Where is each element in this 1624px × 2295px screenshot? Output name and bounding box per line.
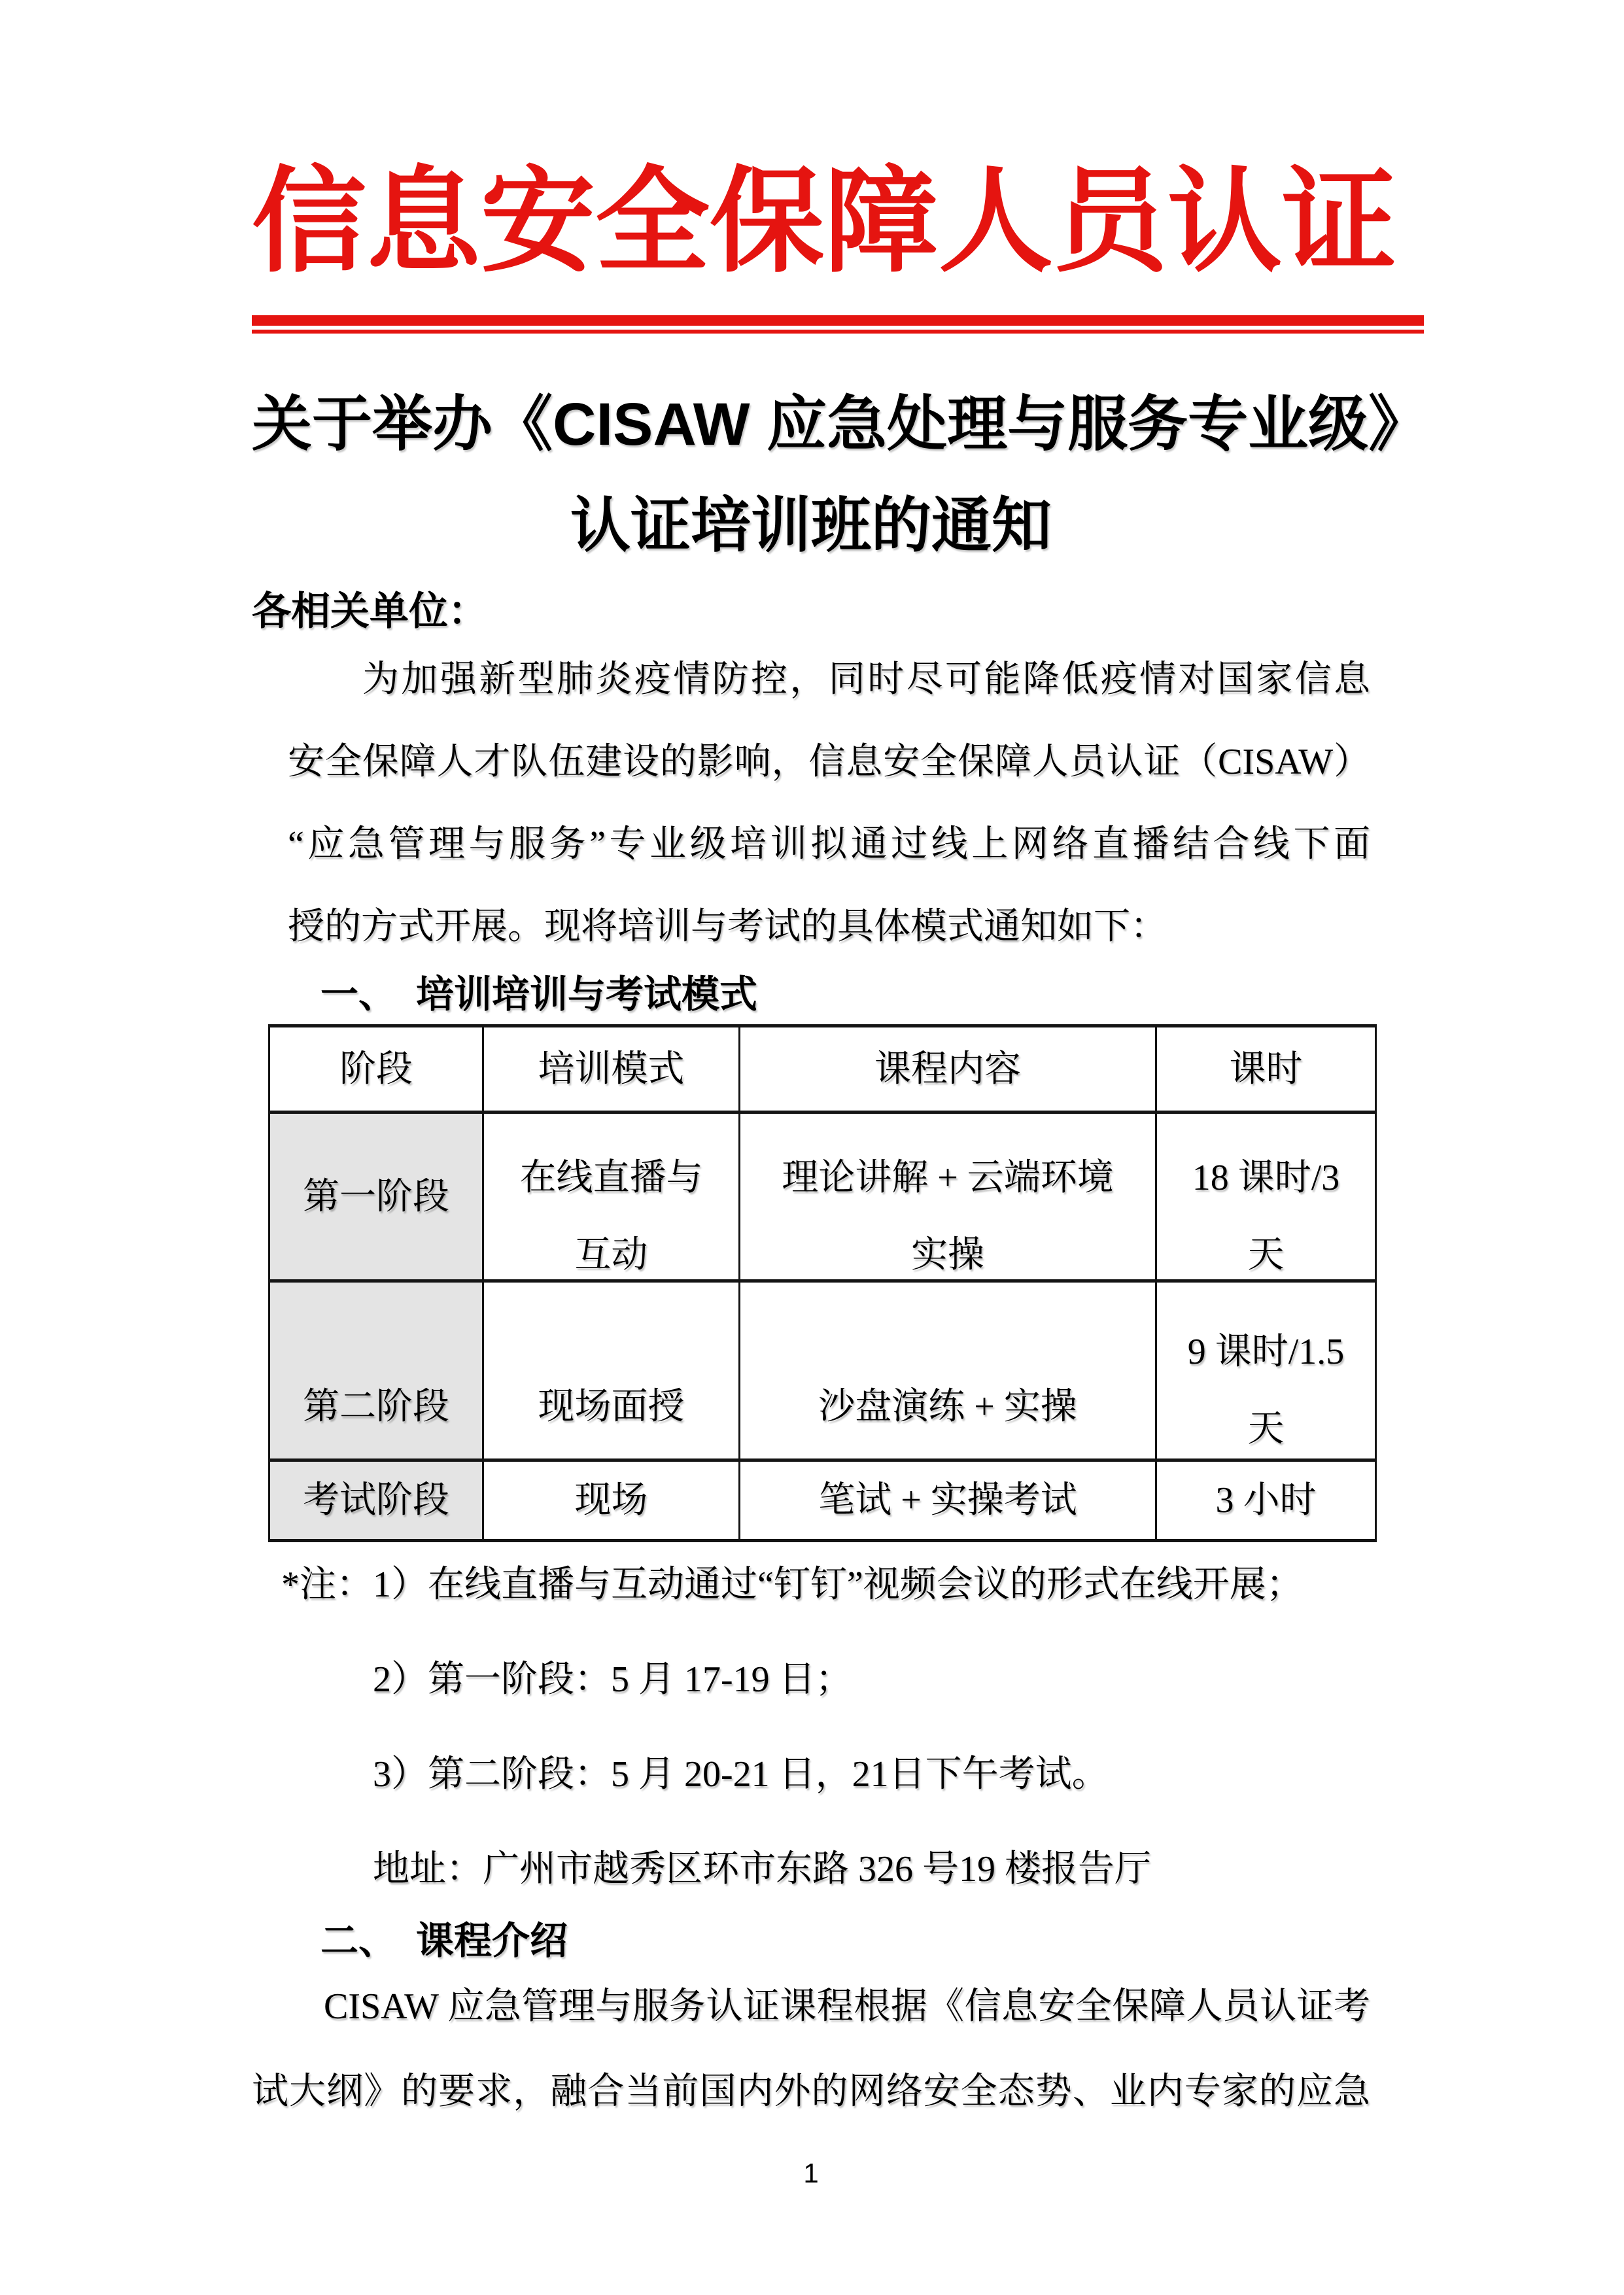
- content-cell: 沙盘演练 + 实操: [740, 1281, 1156, 1460]
- note-line-3: 3）第二阶段：5 月 20-21 日，21日下午考试。: [373, 1751, 1370, 1797]
- doc-heading-line2: 认证培训班的通知: [252, 475, 1370, 577]
- course-intro-line-2: 试大纲》的要求，融合当前国内外的网络安全态势、业内专家的应急: [252, 2049, 1370, 2134]
- intro-line-3: “应急管理与服务”专业级培训拟通过线上网络直播结合线下面: [288, 803, 1370, 886]
- hours-cell: 9 课时/1.5 天: [1156, 1281, 1376, 1460]
- table-row-exam: 考试阶段 现场 笔试 + 实操考试 3 小时: [269, 1460, 1376, 1541]
- red-rule-thin: [252, 330, 1424, 334]
- section-1-title: 培训培训与考试模式: [416, 973, 757, 1016]
- section-2-title: 课程介绍: [416, 1920, 568, 1962]
- red-rule-thick: [252, 315, 1424, 326]
- section-2-heading: 二、课程介绍: [320, 1918, 1370, 1964]
- mode-text: 在线直播与 互动: [520, 1139, 703, 1281]
- mode-text: 现场: [575, 1462, 648, 1539]
- stage-cell: 第一阶段: [269, 1113, 483, 1281]
- stage-text: 考试阶段: [303, 1462, 449, 1539]
- hours-cell: 3 小时: [1156, 1460, 1376, 1541]
- content-cell: 笔试 + 实操考试: [740, 1460, 1156, 1541]
- col-header-stage: 阶段: [269, 1026, 483, 1113]
- note-line-4: 地址：广州市越秀区环市东路 326 号19 楼报告厅: [373, 1846, 1370, 1892]
- table-row-phase1: 第一阶段 在线直播与 互动 理论讲解 + 云端环境 实操 18 课时/3 天: [269, 1113, 1376, 1281]
- stage-cell: 第二阶段: [269, 1281, 483, 1460]
- table-header-row: 阶段 培训模式 课程内容 课时: [269, 1026, 1376, 1113]
- intro-line-2: 安全保障人才队伍建设的影响，信息安全保障人员认证（CISAW）: [288, 721, 1370, 803]
- stage-text: 第二阶段: [303, 1368, 449, 1445]
- note-line-2: 2）第一阶段：5 月 17-19 日；: [373, 1657, 1370, 1702]
- mode-cell: 现场: [483, 1460, 740, 1541]
- doc-heading-line1: 关于举办《CISAW 应急处理与服务专业级》: [252, 374, 1370, 475]
- table-row-phase2: 第二阶段 现场面授 沙盘演练 + 实操 9 课时/1.5 天: [269, 1281, 1376, 1460]
- content-text: 笔试 + 实操考试: [818, 1462, 1077, 1539]
- intro-line-4: 授的方式开展。现将培训与考试的具体模式通知如下：: [288, 886, 1370, 968]
- hours-text: 18 课时/3 天: [1192, 1139, 1340, 1281]
- mode-cell: 在线直播与 互动: [483, 1113, 740, 1281]
- section-2-number: 二、: [320, 1918, 396, 1964]
- intro-line-1: 为加强新型肺炎疫情防控，同时尽可能降低疫情对国家信息: [288, 638, 1370, 721]
- hours-text: 9 课时/1.5 天: [1188, 1313, 1345, 1460]
- salutation: 各相关单位：: [252, 589, 1370, 634]
- banner-title: 信息安全保障人员认证: [252, 164, 1370, 281]
- hours-cell: 18 课时/3 天: [1156, 1113, 1376, 1281]
- stage-cell: 考试阶段: [269, 1460, 483, 1541]
- course-intro-paragraph: CISAW 应急管理与服务认证课程根据《信息安全保障人员认证考 试大纲》的要求，…: [252, 1964, 1370, 2134]
- content-text: 理论讲解 + 云端环境 实操: [782, 1139, 1114, 1281]
- hours-text: 3 小时: [1216, 1462, 1317, 1539]
- col-header-mode: 培训模式: [483, 1026, 740, 1113]
- intro-paragraph: 为加强新型肺炎疫情防控，同时尽可能降低疫情对国家信息 安全保障人才队伍建设的影响…: [288, 638, 1370, 968]
- document-content: 信息安全保障人员认证 关于举办《CISAW 应急处理与服务专业级》 认证培训班的…: [0, 164, 1624, 2190]
- page-number: 1: [252, 2157, 1370, 2190]
- col-header-hours: 课时: [1156, 1026, 1376, 1113]
- note-line-1: *注：1）在线直播与互动通过“钉钉”视频会议的形式在线开展；: [281, 1562, 1370, 1608]
- document-page: 信息安全保障人员认证 关于举办《CISAW 应急处理与服务专业级》 认证培训班的…: [0, 0, 1624, 2295]
- course-intro-line-1: CISAW 应急管理与服务认证课程根据《信息安全保障人员认证考: [252, 1964, 1370, 2049]
- training-exam-table: 阶段 培训模式 课程内容 课时 第一阶段 在线直播与 互动 理论讲解 + 云端环…: [268, 1024, 1377, 1542]
- content-text: 沙盘演练 + 实操: [818, 1368, 1077, 1445]
- mode-text: 现场面授: [538, 1368, 685, 1445]
- mode-cell: 现场面授: [483, 1281, 740, 1460]
- col-header-content: 课程内容: [740, 1026, 1156, 1113]
- stage-text: 第一阶段: [303, 1158, 449, 1235]
- section-1-heading: 一、培训培训与考试模式: [320, 972, 1370, 1018]
- section-1-number: 一、: [320, 972, 396, 1018]
- content-cell: 理论讲解 + 云端环境 实操: [740, 1113, 1156, 1281]
